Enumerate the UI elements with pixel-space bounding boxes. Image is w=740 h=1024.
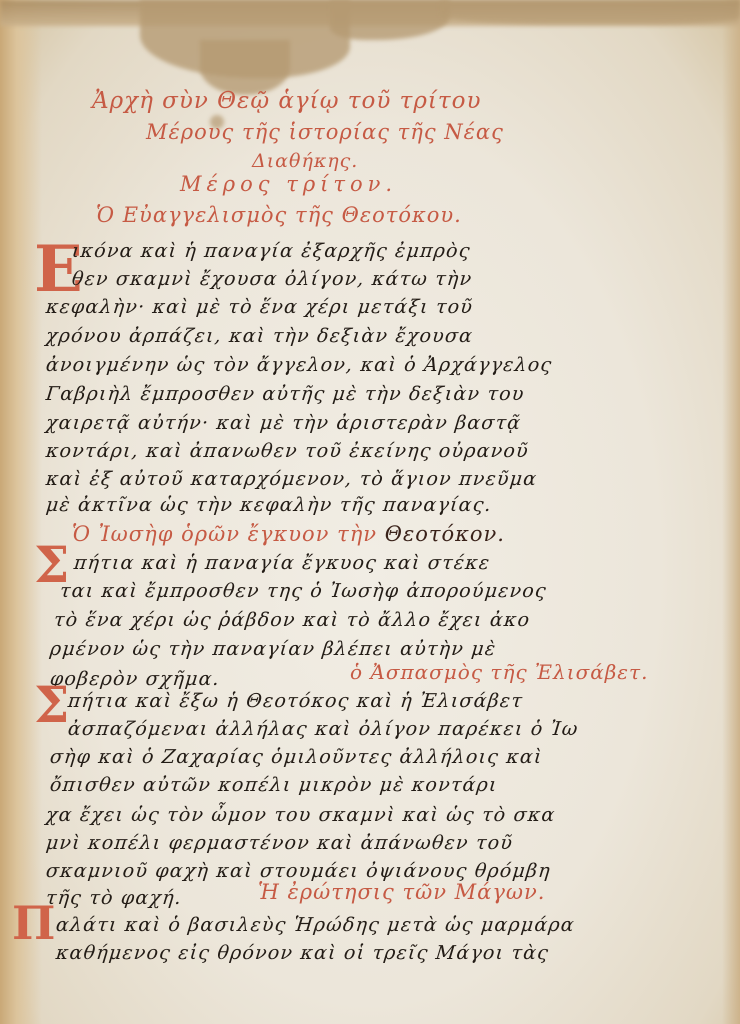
title-line-2: Μέρους τῆς ἱστορίας τῆς Νέας	[146, 120, 504, 144]
binding-shadow	[0, 0, 42, 1024]
title-line-1: Ἀρχὴ σὺν Θεῷ ἁγίῳ τοῦ τρίτου	[92, 88, 481, 114]
title-line-3: Διαθήκης.	[252, 150, 358, 172]
text-line: μὲ ἀκτῖνα ὡς τὴν κεφαλὴν τῆς παναγίας.	[45, 494, 493, 516]
text-line: χρόνου ἀρπάζει, καὶ τὴν δεξιὰν ἔχουσα	[45, 325, 474, 347]
water-stain	[200, 40, 290, 95]
manuscript-page: Ἀρχὴ σὺν Θεῷ ἁγίῳ τοῦ τρίτου Μέρους τῆς …	[0, 0, 740, 1024]
text-line: πήτια καὶ ἡ παναγία ἔγκυος καὶ στέκε	[73, 552, 492, 574]
page-edge-shadow	[722, 0, 740, 1024]
text-line: ἀνοιγμένην ὡς τὸν ἄγγελον, καὶ ὁ Ἀρχάγγε…	[45, 354, 554, 376]
dropcap-letter: Σ	[34, 680, 69, 730]
water-stain	[440, 0, 740, 24]
text-line: τῆς τὸ φαχή.	[45, 887, 183, 909]
text-line: σὴφ καὶ ὁ Ζαχαρίας ὁμιλοῦντες ἀλλήλοις κ…	[49, 746, 544, 768]
section-heading-joseph: Ὁ Ἰωσὴφ ὁρῶν ἔγκυον τὴν Θεοτόκον.	[72, 522, 505, 546]
text-line: αλάτι καὶ ὁ βασιλεὺς Ἡρώδης μετὰ ὡς μαρμ…	[55, 914, 576, 936]
text-line: ὄπισθεν αὐτῶν κοπέλι μικρὸν μὲ κοντάρι	[49, 774, 499, 796]
text-line: πήτια καὶ ἔξω ἡ Θεοτόκος καὶ ἡ Ἐλισάβετ	[67, 690, 524, 712]
text-line: τὸ ἕνα χέρι ὡς ῥάβδον καὶ τὸ ἄλλο ἔχει ἀ…	[53, 609, 532, 631]
text-line: ικόνα καὶ ἡ παναγία ἐξαρχῆς ἐμπρὸς	[71, 240, 472, 262]
text-line: καθήμενος εἰς θρόνον καὶ οἱ τρεῖς Μάγοι …	[55, 942, 550, 964]
text-line: σκαμνιοῦ φαχὴ καὶ στουμάει ὀψιάνους θρόμ…	[45, 860, 552, 882]
text-line: κεφαλὴν· καὶ μὲ τὸ ἕνα χέρι μετάξι τοῦ	[45, 296, 474, 318]
section-heading-annunciation: Ὁ Εὐαγγελισμὸς τῆς Θεοτόκου.	[96, 203, 462, 227]
text-line: χαιρετᾷ αὐτήν· καὶ μὲ τὴν ἀριστερὰν βαστ…	[45, 412, 523, 434]
part-heading: Μέρος τρίτον.	[180, 172, 397, 196]
text-line: κοντάρι, καὶ ἀπανωθεν τοῦ ἐκείνης οὐρανο…	[45, 440, 530, 462]
text-line: Γαβριὴλ ἔμπροσθεν αὐτῆς μὲ τὴν δεξιὰν το…	[45, 383, 526, 405]
section-heading-visitation: ὁ Ἀσπασμὸς τῆς Ἐλισάβετ.	[350, 660, 648, 684]
heading-text: Ὁ Ἰωσὴφ ὁρῶν ἔγκυον τὴν	[72, 522, 377, 546]
dropcap-letter: Π	[12, 900, 55, 946]
water-stain	[330, 0, 450, 40]
text-line: θεν σκαμνὶ ἔχουσα ὀλίγον, κάτω τὴν	[71, 268, 474, 290]
text-line: μνὶ κοπέλι φερμαστένον καὶ ἀπάνωθεν τοῦ	[45, 832, 514, 854]
section-heading-magi: Ἡ ἐρώτησις τῶν Μάγων.	[258, 880, 545, 904]
text-line: ται καὶ ἔμπροσθεν της ὁ Ἰωσὴφ ἀπορούμενο…	[59, 580, 548, 602]
text-line: χα ἔχει ὡς τὸν ὦμον του σκαμνὶ καὶ ὡς τὸ…	[45, 804, 557, 826]
heading-dark-word: Θεοτόκον.	[385, 522, 505, 546]
text-line: φοβερὸν σχῆμα.	[49, 668, 221, 690]
text-line: ἀσπαζόμεναι ἀλλήλας καὶ ὀλίγον παρέκει ὁ…	[67, 718, 580, 740]
text-line: καὶ ἐξ αὐτοῦ καταρχόμενον, τὸ ἅγιον πνεῦ…	[45, 468, 539, 490]
text-line: ρμένον ὡς τὴν παναγίαν βλέπει αὐτὴν μὲ	[49, 638, 498, 660]
